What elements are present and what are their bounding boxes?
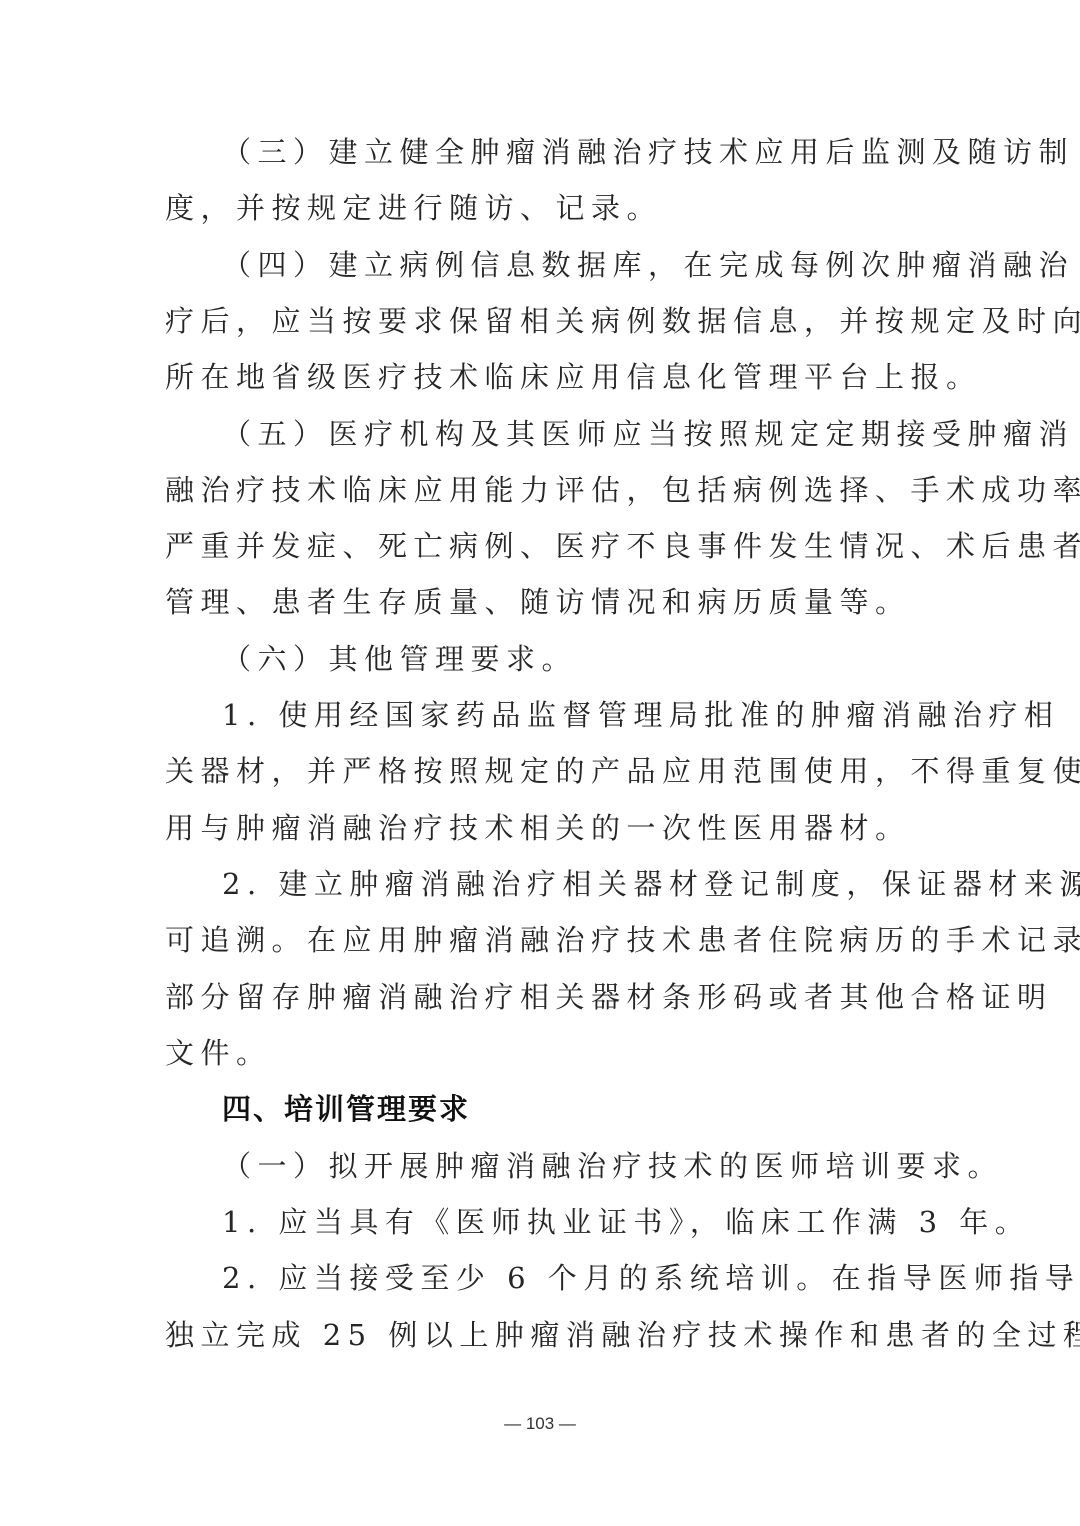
paragraph-line: 严重并发症、死亡病例、医疗不良事件发生情况、术后患者 xyxy=(165,526,917,566)
paragraph-line: 疗后，应当按要求保留相关病例数据信息，并按规定及时向 xyxy=(165,301,917,341)
paragraph-line: （四）建立病例信息数据库，在完成每例次肿瘤消融治 xyxy=(222,245,917,285)
paragraph-line: 1. 使用经国家药品监督管理局批准的肿瘤消融治疗相 xyxy=(222,695,917,735)
paragraph-line: 所在地省级医疗技术临床应用信息化管理平台上报。 xyxy=(165,357,917,397)
paragraph-line: 管理、患者生存质量、随访情况和病历质量等。 xyxy=(165,582,917,622)
paragraph-line: （五）医疗机构及其医师应当按照规定定期接受肿瘤消 xyxy=(222,414,917,454)
paragraph-line: 可追溯。在应用肿瘤消融治疗技术患者住院病历的手术记录 xyxy=(165,920,917,960)
paragraph-line: 2. 应当接受至少 6 个月的系统培训。在指导医师指导下， xyxy=(222,1258,917,1298)
paragraph-line: （三）建立健全肿瘤消融治疗技术应用后监测及随访制 xyxy=(222,132,917,172)
paragraph-line: 用与肿瘤消融治疗技术相关的一次性医用器材。 xyxy=(165,808,917,848)
page-number: — 103 — xyxy=(0,1414,1080,1434)
paragraph-line: 2. 建立肿瘤消融治疗相关器材登记制度，保证器材来源 xyxy=(222,864,917,904)
paragraph-line: 融治疗技术临床应用能力评估，包括病例选择、手术成功率、 xyxy=(165,470,917,510)
paragraph-line: （一）拟开展肿瘤消融治疗技术的医师培训要求。 xyxy=(222,1146,917,1186)
document-page: （三）建立健全肿瘤消融治疗技术应用后监测及随访制 度，并按规定进行随访、记录。 … xyxy=(0,0,1080,1526)
paragraph-line: 文件。 xyxy=(165,1033,917,1073)
paragraph-line: 关器材，并严格按照规定的产品应用范围使用，不得重复使 xyxy=(165,751,917,791)
section-heading: 四、培训管理要求 xyxy=(222,1089,917,1129)
paragraph-line: 部分留存肿瘤消融治疗相关器材条形码或者其他合格证明 xyxy=(165,977,917,1017)
paragraph-line: 度，并按规定进行随访、记录。 xyxy=(165,188,917,228)
paragraph-line: 1. 应当具有《医师执业证书》，临床工作满 3 年。 xyxy=(222,1202,917,1242)
paragraph-line: （六）其他管理要求。 xyxy=(222,639,917,679)
paragraph-line: 独立完成 25 例以上肿瘤消融治疗技术操作和患者的全过程 xyxy=(165,1315,917,1355)
